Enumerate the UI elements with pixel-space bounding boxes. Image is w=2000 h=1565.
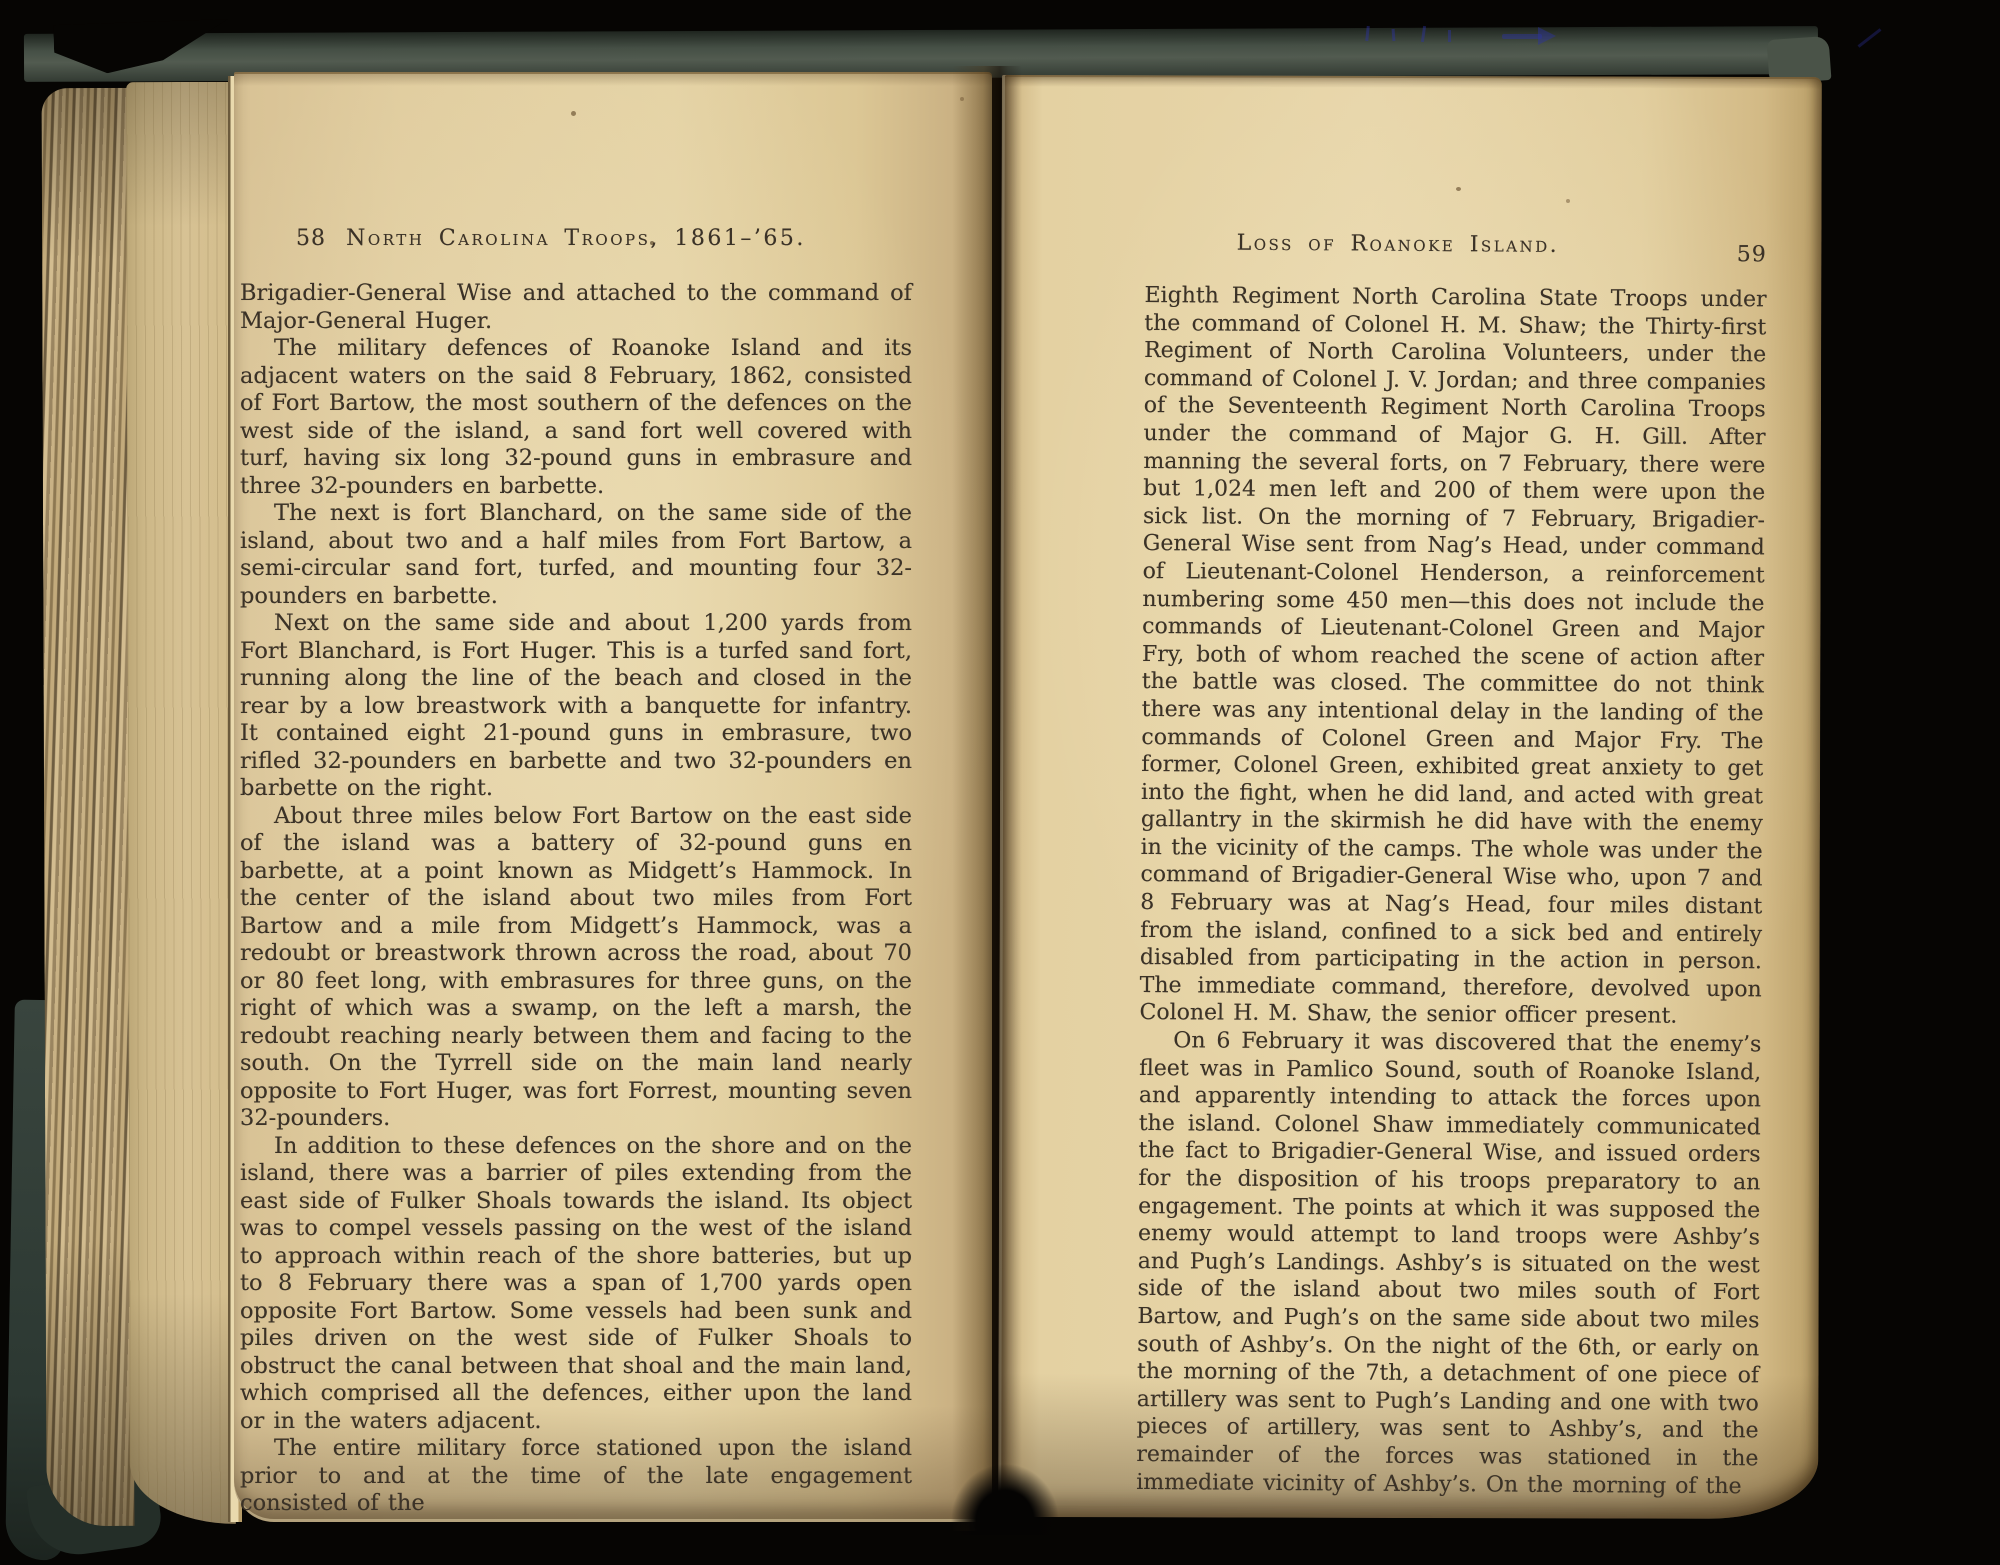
paper-speck bbox=[408, 1196, 412, 1200]
left-page-paragraph: Next on the same side and about 1,200 ya… bbox=[240, 610, 912, 803]
right-page-content: Loss of Roanoke Island. 59 Eighth Regime… bbox=[1136, 230, 1767, 1500]
gutter-shadow bbox=[952, 66, 1022, 1531]
paper-speck bbox=[571, 111, 576, 116]
right-page-paragraph: Eighth Regiment North Carolina State Tro… bbox=[1139, 282, 1766, 1031]
left-page-paragraph: The entire military force stationed upon… bbox=[240, 1435, 912, 1518]
left-running-header-title: North Carolina Troops, 1861–’65. bbox=[240, 226, 912, 251]
left-page-paragraph: The next is fort Blanchard, on the same … bbox=[240, 500, 912, 610]
fore-edge-pages bbox=[126, 82, 236, 1524]
right-page-body: Eighth Regiment North Carolina State Tro… bbox=[1136, 282, 1766, 1500]
right-page-paragraph: On 6 February it was discovered that the… bbox=[1136, 1027, 1761, 1500]
left-page-paragraph: The military defences of Roanoke Island … bbox=[240, 335, 912, 500]
blue-arrow-icon bbox=[1538, 27, 1556, 45]
left-page-number: 58 bbox=[296, 226, 326, 251]
left-page-paragraph: About three miles below Fort Bartow on t… bbox=[240, 803, 912, 1133]
left-running-head: 58 North Carolina Troops, 1861–’65. bbox=[240, 226, 912, 256]
left-page-paragraph: Brigadier-General Wise and attached to t… bbox=[240, 280, 912, 335]
paper-speck bbox=[960, 97, 964, 101]
blue-ink-mark bbox=[1858, 28, 1882, 48]
paper-speck bbox=[1566, 199, 1570, 203]
left-page-content: 58 North Carolina Troops, 1861–’65. Brig… bbox=[240, 226, 912, 1518]
right-page-number: 59 bbox=[1737, 242, 1767, 267]
left-page-body: Brigadier-General Wise and attached to t… bbox=[240, 280, 912, 1518]
left-page-paragraph: In addition to these defences on the sho… bbox=[240, 1133, 912, 1436]
paper-speck bbox=[1456, 187, 1461, 191]
right-running-head: Loss of Roanoke Island. 59 bbox=[1145, 230, 1767, 264]
gutter-bottom-shadow bbox=[945, 1440, 1065, 1535]
blue-ink-mark bbox=[1448, 30, 1451, 42]
paper-speck bbox=[650, 241, 654, 245]
page-stack-edges bbox=[41, 88, 134, 1526]
right-running-header-title: Loss of Roanoke Island. bbox=[1087, 230, 1709, 259]
blue-arrow-icon bbox=[1502, 34, 1542, 39]
book-scan: 58 North Carolina Troops, 1861–’65. Brig… bbox=[0, 0, 2000, 1565]
